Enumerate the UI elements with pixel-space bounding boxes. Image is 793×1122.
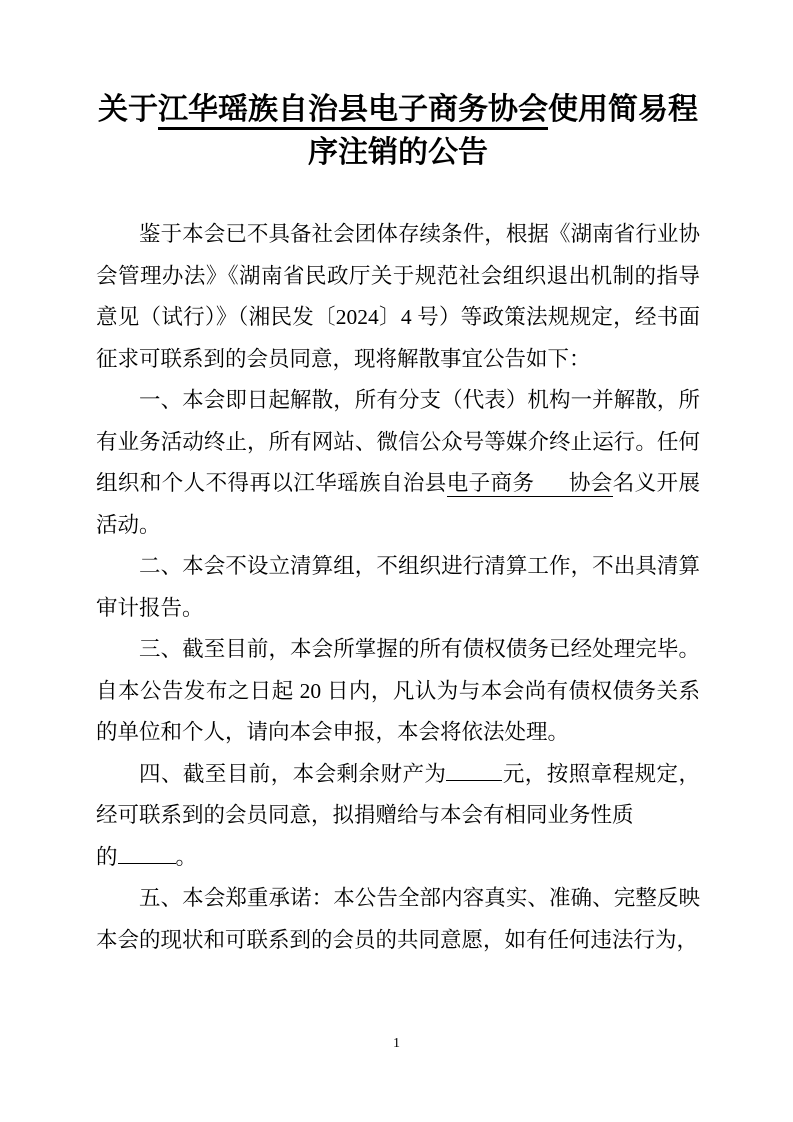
document-page: 关于江华瑶族自治县电子商务协会使用简易程序注销的公告 鉴于本会已不具备社会团体存…: [0, 0, 793, 1122]
paragraph: 二、本会不设立清算组，不组织进行清算工作，不出具清算审计报告。: [96, 546, 700, 629]
paragraph: 三、截至目前，本会所掌握的所有债权债务已经处理完毕。自本公告发布之日起 20 日…: [96, 629, 700, 754]
fill-in-blank: [446, 760, 502, 781]
text-run: 鉴于本会已不具备社会团体存续条件，根据《湖南省行业协会管理办法》《湖南省民政厅关…: [96, 222, 700, 371]
paragraph: 一、本会即日起解散，所有分支（代表）机构一并解散，所有业务活动终止，所有网站、微…: [96, 380, 700, 546]
text-run: 四、截至目前，本会剩余财产为: [139, 762, 446, 786]
title-prefix: 关于: [98, 93, 158, 126]
paragraph: 鉴于本会已不具备社会团体存续条件，根据《湖南省行业协会管理办法》《湖南省民政厅关…: [96, 214, 700, 380]
underlined-gap: [534, 489, 568, 490]
document-body: 鉴于本会已不具备社会团体存续条件，根据《湖南省行业协会管理办法》《湖南省民政厅关…: [96, 214, 700, 961]
fill-in-blank: [118, 843, 176, 864]
paragraph: 四、截至目前，本会剩余财产为元，按照章程规定，经可联系到的会员同意，拟捐赠给与本…: [96, 754, 700, 879]
text-run: 。: [176, 845, 198, 869]
text-run: 的: [96, 845, 118, 869]
text-run: 五、本会郑重承诺：本公告全部内容真实、准确、完整反映本会的现状和可联系到的会员的…: [96, 886, 700, 952]
paragraph: 五、本会郑重承诺：本公告全部内容真实、准确、完整反映本会的现状和可联系到的会员的…: [96, 878, 700, 961]
document-content: 关于江华瑶族自治县电子商务协会使用简易程序注销的公告 鉴于本会已不具备社会团体存…: [96, 88, 700, 961]
underlined-text-run: 电子商务协会: [447, 471, 613, 497]
title-underlined-org-name: 江华瑶族自治县电子商务协会: [158, 93, 548, 130]
page-number: 1: [0, 1036, 793, 1052]
text-run: 二、本会不设立清算组，不组织进行清算工作，不出具清算审计报告。: [96, 554, 700, 620]
text-run: 三、截至目前，本会所掌握的所有债权债务已经处理完毕。自本公告发布之日起 20 日…: [96, 637, 700, 744]
document-title: 关于江华瑶族自治县电子商务协会使用简易程序注销的公告: [96, 88, 700, 174]
